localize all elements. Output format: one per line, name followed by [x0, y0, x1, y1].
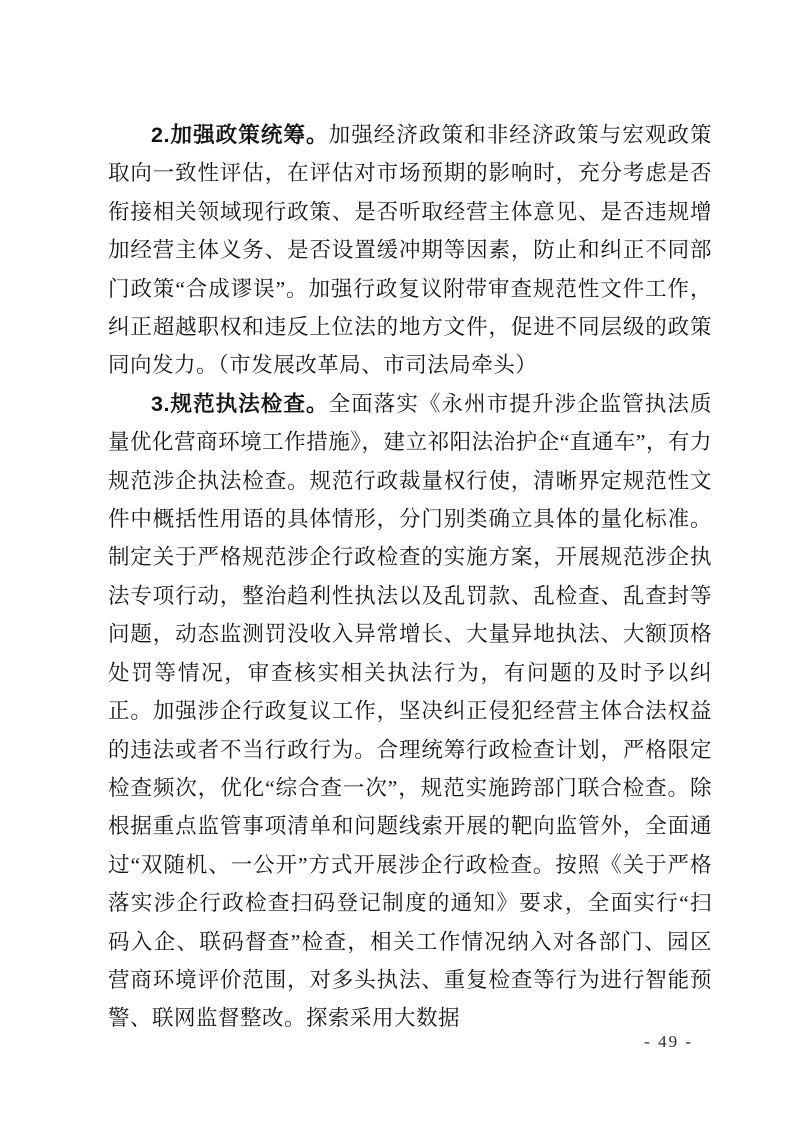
document-page: 2.加强政策统筹。加强经济政策和非经济政策与宏观政策取向一致性评估，在评估对市场… [0, 0, 793, 1122]
paragraph-lead: 3.规范执法检查。 [151, 392, 329, 416]
paragraph-lead: 2.加强政策统筹。 [151, 123, 329, 147]
paragraph: 3.规范执法检查。全面落实《永州市提升涉企监管执法质量优化营商环境工作措施》，建… [108, 385, 712, 1038]
paragraph-body: 全面落实《永州市提升涉企监管执法质量优化营商环境工作措施》，建立祁阳法治护企“直… [108, 392, 712, 1031]
document-body: 2.加强政策统筹。加强经济政策和非经济政策与宏观政策取向一致性评估，在评估对市场… [108, 116, 712, 1038]
paragraph: 2.加强政策统筹。加强经济政策和非经济政策与宏观政策取向一致性评估，在评估对市场… [108, 116, 712, 385]
paragraph-body: 加强经济政策和非经济政策与宏观政策取向一致性评估，在评估对市场预期的影响时，充分… [108, 123, 712, 377]
page-number: - 49 - [644, 1032, 693, 1052]
